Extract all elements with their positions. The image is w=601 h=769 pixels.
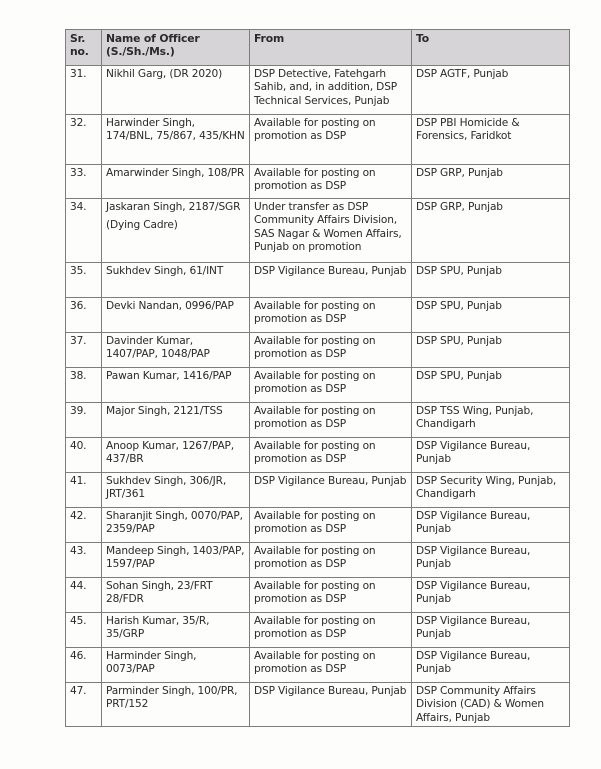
table-row: 33. Amarwinder Singh, 108/PR Available f… <box>66 165 570 199</box>
cell-sr-no: 39. <box>66 403 102 438</box>
table-row: 41. Sukhdev Singh, 306/JR, JRT/361 DSP V… <box>66 473 570 508</box>
cell-sr-no: 38. <box>66 368 102 403</box>
cell-sr-no: 35. <box>66 263 102 298</box>
cell-from: Available for posting on promotion as DS… <box>250 578 412 613</box>
cell-sr-no: 37. <box>66 333 102 368</box>
cell-sr-no: 41. <box>66 473 102 508</box>
cell-from: Under transfer as DSP Community Affairs … <box>250 199 412 263</box>
cell-from: DSP Vigilance Bureau, Punjab <box>250 683 412 727</box>
cell-sr-no: 46. <box>66 648 102 683</box>
cell-sr-no: 40. <box>66 438 102 473</box>
cell-sr-no: 43. <box>66 543 102 578</box>
cell-from: DSP Vigilance Bureau, Punjab <box>250 473 412 508</box>
cell-sr-no: 44. <box>66 578 102 613</box>
cell-to: DSP SPU, Punjab <box>412 298 570 333</box>
cell-from: Available for posting on promotion as DS… <box>250 403 412 438</box>
table-row: 32. Harwinder Singh, 174/BNL, 75/867, 43… <box>66 115 570 165</box>
cell-to: DSP TSS Wing, Punjab, Chandigarh <box>412 403 570 438</box>
table-row: 45. Harish Kumar, 35/R, 35/GRP Available… <box>66 613 570 648</box>
cell-officer-name: Jaskaran Singh, 2187/SGR (Dying Cadre) <box>102 199 250 263</box>
cell-sr-no: 36. <box>66 298 102 333</box>
cell-from: Available for posting on promotion as DS… <box>250 543 412 578</box>
officer-transfer-table: Sr. no. Name of Officer (S./Sh./Ms.) Fro… <box>65 29 570 727</box>
cell-to: DSP PBI Homicide & Forensics, Faridkot <box>412 115 570 165</box>
cell-sr-no: 34. <box>66 199 102 263</box>
cell-sr-no: 42. <box>66 508 102 543</box>
cell-to: DSP Vigilance Bureau, Punjab <box>412 508 570 543</box>
cell-officer-name: Parminder Singh, 100/PR, PRT/152 <box>102 683 250 727</box>
cell-officer-name: Devki Nandan, 0996/PAP <box>102 298 250 333</box>
cell-officer-name: Harminder Singh, 0073/PAP <box>102 648 250 683</box>
header-name-of-officer: Name of Officer (S./Sh./Ms.) <box>102 30 250 66</box>
cell-officer-name: Mandeep Singh, 1403/PAP, 1597/PAP <box>102 543 250 578</box>
cell-from: Available for posting on promotion as DS… <box>250 115 412 165</box>
officer-name-text: Jaskaran Singh, 2187/SGR <box>106 201 240 213</box>
cell-to: DSP Security Wing, Punjab, Chandigarh <box>412 473 570 508</box>
cell-to: DSP Vigilance Bureau, Punjab <box>412 613 570 648</box>
cell-officer-name: Harwinder Singh, 174/BNL, 75/867, 435/KH… <box>102 115 250 165</box>
cell-from: Available for posting on promotion as DS… <box>250 648 412 683</box>
cell-to: DSP Vigilance Bureau, Punjab <box>412 543 570 578</box>
cell-from: Available for posting on promotion as DS… <box>250 508 412 543</box>
cell-to: DSP Vigilance Bureau, Punjab <box>412 578 570 613</box>
cell-from: Available for posting on promotion as DS… <box>250 613 412 648</box>
cell-from: Available for posting on promotion as DS… <box>250 298 412 333</box>
table-row: 47. Parminder Singh, 100/PR, PRT/152 DSP… <box>66 683 570 727</box>
cell-officer-name: Sharanjit Singh, 0070/PAP, 2359/PAP <box>102 508 250 543</box>
header-sr-no: Sr. no. <box>66 30 102 66</box>
cell-officer-name: Major Singh, 2121/TSS <box>102 403 250 438</box>
cell-officer-name: Sukhdev Singh, 61/INT <box>102 263 250 298</box>
cell-sr-no: 31. <box>66 66 102 115</box>
table-row: 42. Sharanjit Singh, 0070/PAP, 2359/PAP … <box>66 508 570 543</box>
cell-officer-name: Sohan Singh, 23/FRT 28/FDR <box>102 578 250 613</box>
cell-sr-no: 33. <box>66 165 102 199</box>
header-from: From <box>250 30 412 66</box>
cell-to: DSP SPU, Punjab <box>412 368 570 403</box>
table-row: 43. Mandeep Singh, 1403/PAP, 1597/PAP Av… <box>66 543 570 578</box>
cell-officer-name: Pawan Kumar, 1416/PAP <box>102 368 250 403</box>
table-row: 31. Nikhil Garg, (DR 2020) DSP Detective… <box>66 66 570 115</box>
cell-to: DSP AGTF, Punjab <box>412 66 570 115</box>
cell-to: DSP GRP, Punjab <box>412 165 570 199</box>
cell-officer-name: Amarwinder Singh, 108/PR <box>102 165 250 199</box>
cell-to: DSP SPU, Punjab <box>412 263 570 298</box>
cell-from: Available for posting on promotion as DS… <box>250 333 412 368</box>
table-row: 35. Sukhdev Singh, 61/INT DSP Vigilance … <box>66 263 570 298</box>
cell-from: DSP Vigilance Bureau, Punjab <box>250 263 412 298</box>
table-header-row: Sr. no. Name of Officer (S./Sh./Ms.) Fro… <box>66 30 570 66</box>
dying-cadre-note: (Dying Cadre) <box>106 219 245 232</box>
table-row: 44. Sohan Singh, 23/FRT 28/FDR Available… <box>66 578 570 613</box>
cell-from: Available for posting on promotion as DS… <box>250 368 412 403</box>
table-row: 36. Devki Nandan, 0996/PAP Available for… <box>66 298 570 333</box>
header-to: To <box>412 30 570 66</box>
cell-from: Available for posting on promotion as DS… <box>250 438 412 473</box>
table-body: 31. Nikhil Garg, (DR 2020) DSP Detective… <box>66 66 570 727</box>
cell-from: DSP Detective, Fatehgarh Sahib, and, in … <box>250 66 412 115</box>
table-row: 46. Harminder Singh, 0073/PAP Available … <box>66 648 570 683</box>
cell-officer-name: Nikhil Garg, (DR 2020) <box>102 66 250 115</box>
table-row: 37. Davinder Kumar, 1407/PAP, 1048/PAP A… <box>66 333 570 368</box>
cell-sr-no: 47. <box>66 683 102 727</box>
cell-officer-name: Anoop Kumar, 1267/PAP, 437/BR <box>102 438 250 473</box>
cell-to: DSP Community Affairs Division (CAD) & W… <box>412 683 570 727</box>
cell-sr-no: 32. <box>66 115 102 165</box>
cell-to: DSP Vigilance Bureau, Punjab <box>412 438 570 473</box>
cell-officer-name: Harish Kumar, 35/R, 35/GRP <box>102 613 250 648</box>
cell-from: Available for posting on promotion as DS… <box>250 165 412 199</box>
table-row: 39. Major Singh, 2121/TSS Available for … <box>66 403 570 438</box>
table-row: 34. Jaskaran Singh, 2187/SGR (Dying Cadr… <box>66 199 570 263</box>
cell-officer-name: Davinder Kumar, 1407/PAP, 1048/PAP <box>102 333 250 368</box>
cell-sr-no: 45. <box>66 613 102 648</box>
cell-officer-name: Sukhdev Singh, 306/JR, JRT/361 <box>102 473 250 508</box>
cell-to: DSP SPU, Punjab <box>412 333 570 368</box>
table-row: 38. Pawan Kumar, 1416/PAP Available for … <box>66 368 570 403</box>
cell-to: DSP GRP, Punjab <box>412 199 570 263</box>
table-row: 40. Anoop Kumar, 1267/PAP, 437/BR Availa… <box>66 438 570 473</box>
cell-to: DSP Vigilance Bureau, Punjab <box>412 648 570 683</box>
